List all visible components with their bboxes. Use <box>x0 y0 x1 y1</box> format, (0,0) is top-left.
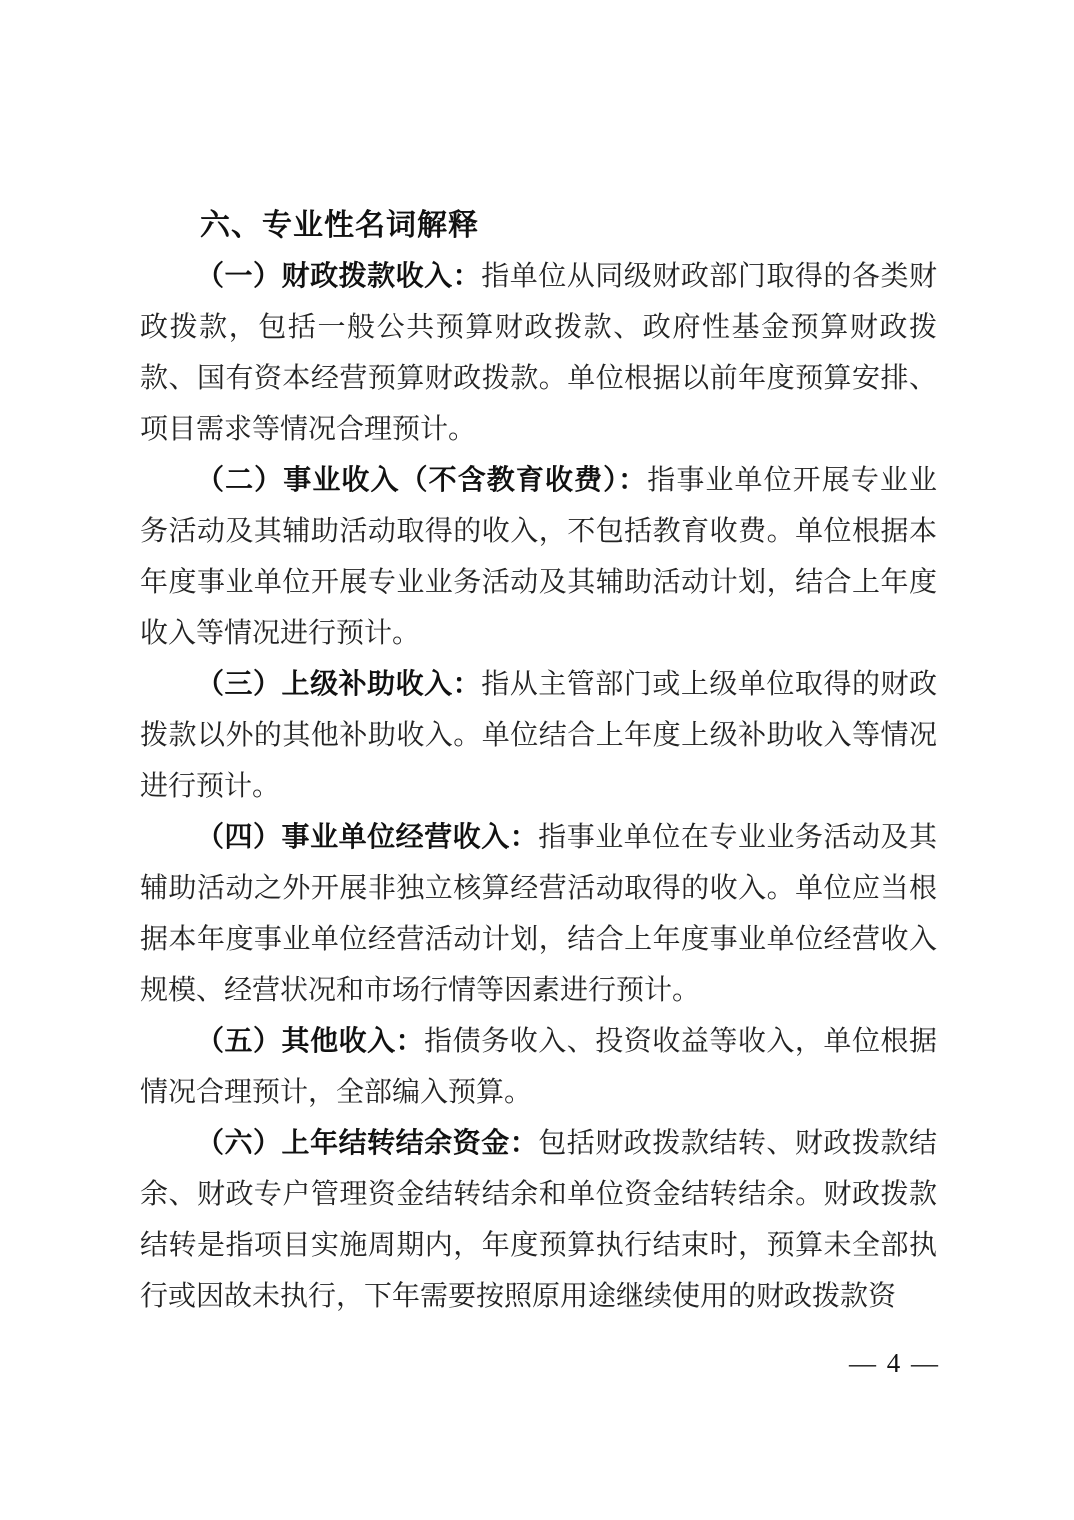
term-label: （六）上年结转结余资金： <box>196 1128 538 1159</box>
term-paragraph-carryover-funds: （六）上年结转结余资金：包括财政拨款结转、财政拨款结余、财政专户管理资金结转结余… <box>140 1118 937 1322</box>
term-paragraph-other-income: （五）其他收入：指债务收入、投资收益等收入，单位根据情况合理预计，全部编入预算。 <box>140 1016 937 1118</box>
term-label: （四）事业单位经营收入： <box>196 822 538 853</box>
page-number: — 4 — <box>849 1348 940 1379</box>
term-label: （五）其他收入： <box>196 1026 424 1057</box>
term-paragraph-superior-subsidy: （三）上级补助收入：指从主管部门或上级单位取得的财政拨款以外的其他补助收入。单位… <box>140 659 937 812</box>
section-heading: 六、专业性名词解释 <box>140 200 937 251</box>
term-paragraph-fiscal-appropriation: （一）财政拨款收入：指单位从同级财政部门取得的各类财政拨款，包括一般公共预算财政… <box>140 251 937 455</box>
document-page: 六、专业性名词解释 （一）财政拨款收入：指单位从同级财政部门取得的各类财政拨款，… <box>0 0 1074 1520</box>
document-body: 六、专业性名词解释 （一）财政拨款收入：指单位从同级财政部门取得的各类财政拨款，… <box>140 200 937 1322</box>
term-label: （二）事业收入（不含教育收费）： <box>196 465 647 496</box>
term-label: （三）上级补助收入： <box>196 669 481 700</box>
term-label: （一）财政拨款收入： <box>196 261 481 292</box>
term-paragraph-operating-income: （二）事业收入（不含教育收费）：指事业单位开展专业业务活动及其辅助活动取得的收入… <box>140 455 937 659</box>
term-paragraph-business-operating-income: （四）事业单位经营收入：指事业单位在专业业务活动及其辅助活动之外开展非独立核算经… <box>140 812 937 1016</box>
